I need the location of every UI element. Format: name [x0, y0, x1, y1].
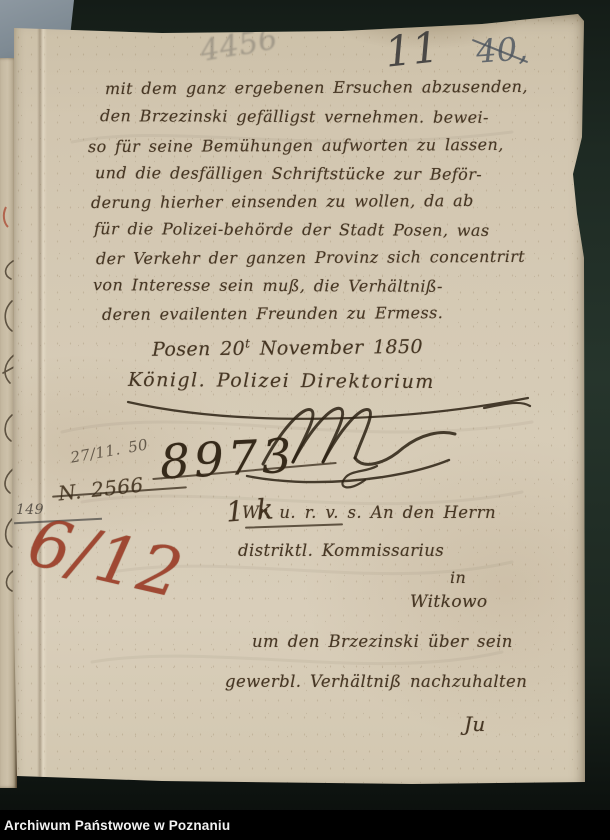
body-line: den Brzezinski gefälligst vernehmen. bew… — [100, 106, 489, 127]
body-line: mit dem ganz ergebenen Ersuchen abzusend… — [105, 77, 528, 98]
address-line: in — [450, 568, 466, 587]
dateline: Posen 20t November 1850 — [152, 335, 423, 361]
body-line: deren evailenten Freunden zu Ermess. — [102, 303, 443, 324]
folio-number: 11 — [383, 22, 442, 76]
dateline-month-year: November 1850 — [250, 336, 423, 360]
dateline-place-day: Posen 20 — [152, 338, 245, 361]
body-line: und die desfälligen Schriftstücke zur Be… — [95, 163, 482, 184]
address-line: Witkowo — [410, 592, 488, 612]
address-line: Wr. u. r. v. s. An den Herrn — [242, 503, 496, 522]
letter-sheet: 4456 11 40, mit dem ganz ergebenen Ersuc… — [12, 12, 585, 790]
address-line: gewerbl. Verhältniß nachzuhalten — [225, 672, 527, 691]
archival-scan-page: 4456 11 40, mit dem ganz ergebenen Ersuc… — [0, 0, 610, 840]
archive-caption-bar: Archiwum Państwowe w Poznaniu — [0, 810, 610, 840]
body-line: so für seine Bemühungen aufworten zu las… — [88, 135, 504, 156]
bleedthrough-number: 4456 — [198, 21, 281, 69]
clerk-initial: Ju — [464, 712, 486, 736]
body-line: von Interesse sein muß, die Verhältniß- — [93, 275, 443, 296]
body-line: der Verkehr der ganzen Provinz sich conc… — [96, 247, 525, 268]
sender-line: Königl. Polizei Direktorium — [128, 369, 435, 393]
body-line: derung hierher einsenden zu wollen, da a… — [91, 191, 474, 212]
address-line: um den Brzezinski über sein — [252, 632, 513, 651]
registry-number-large: 8973 — [159, 428, 297, 490]
address-line: distriktl. Kommissarius — [238, 541, 444, 560]
body-line: für die Polizei-behörde der Stadt Posen,… — [94, 219, 490, 240]
archive-caption-label: Archiwum Państwowe w Poznaniu — [0, 818, 230, 833]
